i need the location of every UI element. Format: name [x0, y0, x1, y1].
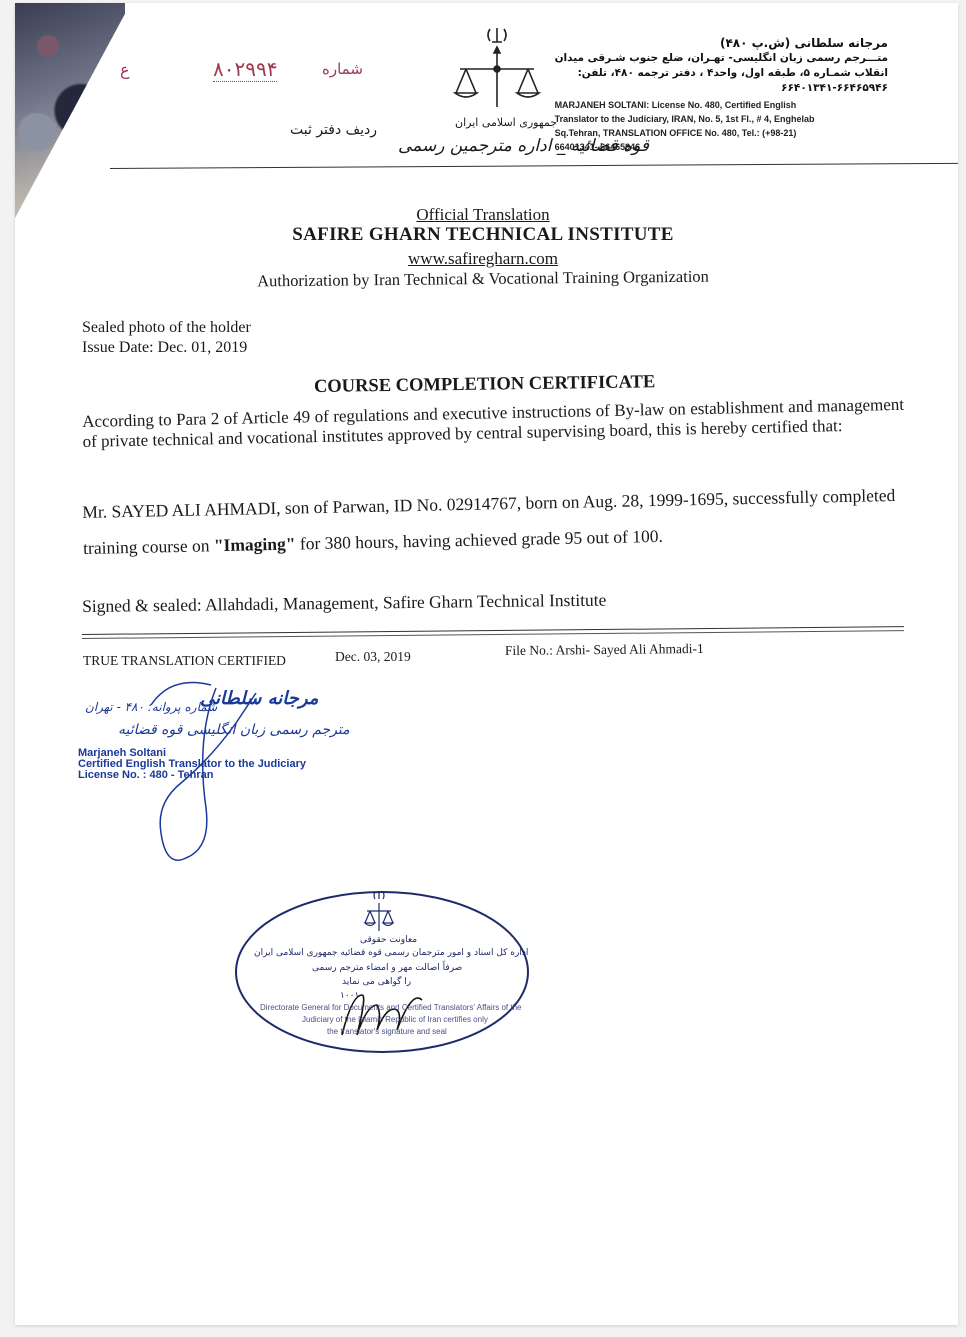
seal-line3-fa: را گواهی می نماید: [342, 977, 411, 987]
seal-line2-fa: صرفاً اصالت مهر و امضاء مترجم رسمی: [312, 963, 462, 973]
seal-line3-en: the translator's signature and seal: [327, 1027, 447, 1036]
seal-number: ۱۰۰۱: [340, 991, 359, 1001]
translator-phones-fa: ۶۶۴۰۱۳۴۱-۶۶۴۶۵۹۴۶: [555, 81, 888, 96]
stamp-license-fa: شماره پروانه: ۴۸۰ - تهران: [85, 700, 217, 714]
translator-address-fa-1: متـــرجم رسمی زبان انگلیسی- تهـران، ضلع …: [555, 51, 888, 66]
true-translation-label: TRUE TRANSLATION CERTIFIED: [83, 653, 286, 669]
judiciary-scales-icon: [452, 25, 542, 125]
photo-note: Sealed photo of the holder: [82, 318, 251, 338]
institute-name: SAFIRE GHARN TECHNICAL INSTITUTE: [0, 224, 966, 246]
judiciary-republic-label: جمهوری اسلامی ایران: [455, 116, 557, 129]
issue-date: Issue Date: Dec. 01, 2019: [82, 338, 251, 358]
judiciary-office-label: قوه قضائیه _ اداره مترجمین رسمی: [398, 136, 649, 156]
seal-header-fa: معاونت حقوقی: [360, 935, 417, 945]
stamp-title-fa: مترجم رسمی زبان انگلیسی قوه قضائیه: [118, 722, 350, 738]
number-label: شماره: [322, 60, 363, 78]
number-extra: ع: [120, 60, 130, 79]
translator-name-fa: مرجانه سلطانی (ش.پ ۴۸۰): [555, 36, 888, 51]
number-value: ۸۰۲۹۹۴: [213, 57, 277, 82]
file-number: File No.: Arshi- Sayed Ali Ahmadi-1: [505, 641, 704, 659]
stamp-translator-name-fa: مرجانه سلطانی: [200, 688, 318, 709]
translator-en-line: MARJANEH SOLTANI: License No. 480, Certi…: [555, 98, 820, 112]
stamp-translator-en: Marjaneh Soltani Certified English Trans…: [78, 748, 306, 781]
register-row-label: ردیف دفتر ثبت: [290, 122, 377, 138]
seal-line1-fa: اداره کل اسناد و امور مترجمان رسمی قوه ق…: [254, 948, 528, 958]
certificate-meta: Sealed photo of the holder Issue Date: D…: [82, 318, 251, 358]
translator-address-fa-2: انقلاب شمـاره ۵، طبقه اول، واحد۴ ، دفتر …: [555, 66, 888, 81]
official-translation-heading: Official Translation: [0, 205, 966, 225]
seal-line1-en: Directorate General for Documents and Ce…: [260, 1003, 522, 1012]
translation-date: Dec. 03, 2019: [335, 649, 411, 665]
judiciary-seal: معاونت حقوقی اداره کل اسناد و امور مترجم…: [232, 885, 532, 1060]
translator-en-line: Translator to the Judiciary, IRAN, No. 5…: [555, 112, 820, 126]
stamp-license-en: License No. : 480 - Tehran: [78, 770, 306, 781]
body-suffix: for 380 hours, having achieved grade 95 …: [295, 526, 663, 554]
course-name: "Imaging": [214, 534, 296, 556]
seal-line2-en: Judiciary of the Islamic Republic of Ira…: [302, 1015, 488, 1024]
